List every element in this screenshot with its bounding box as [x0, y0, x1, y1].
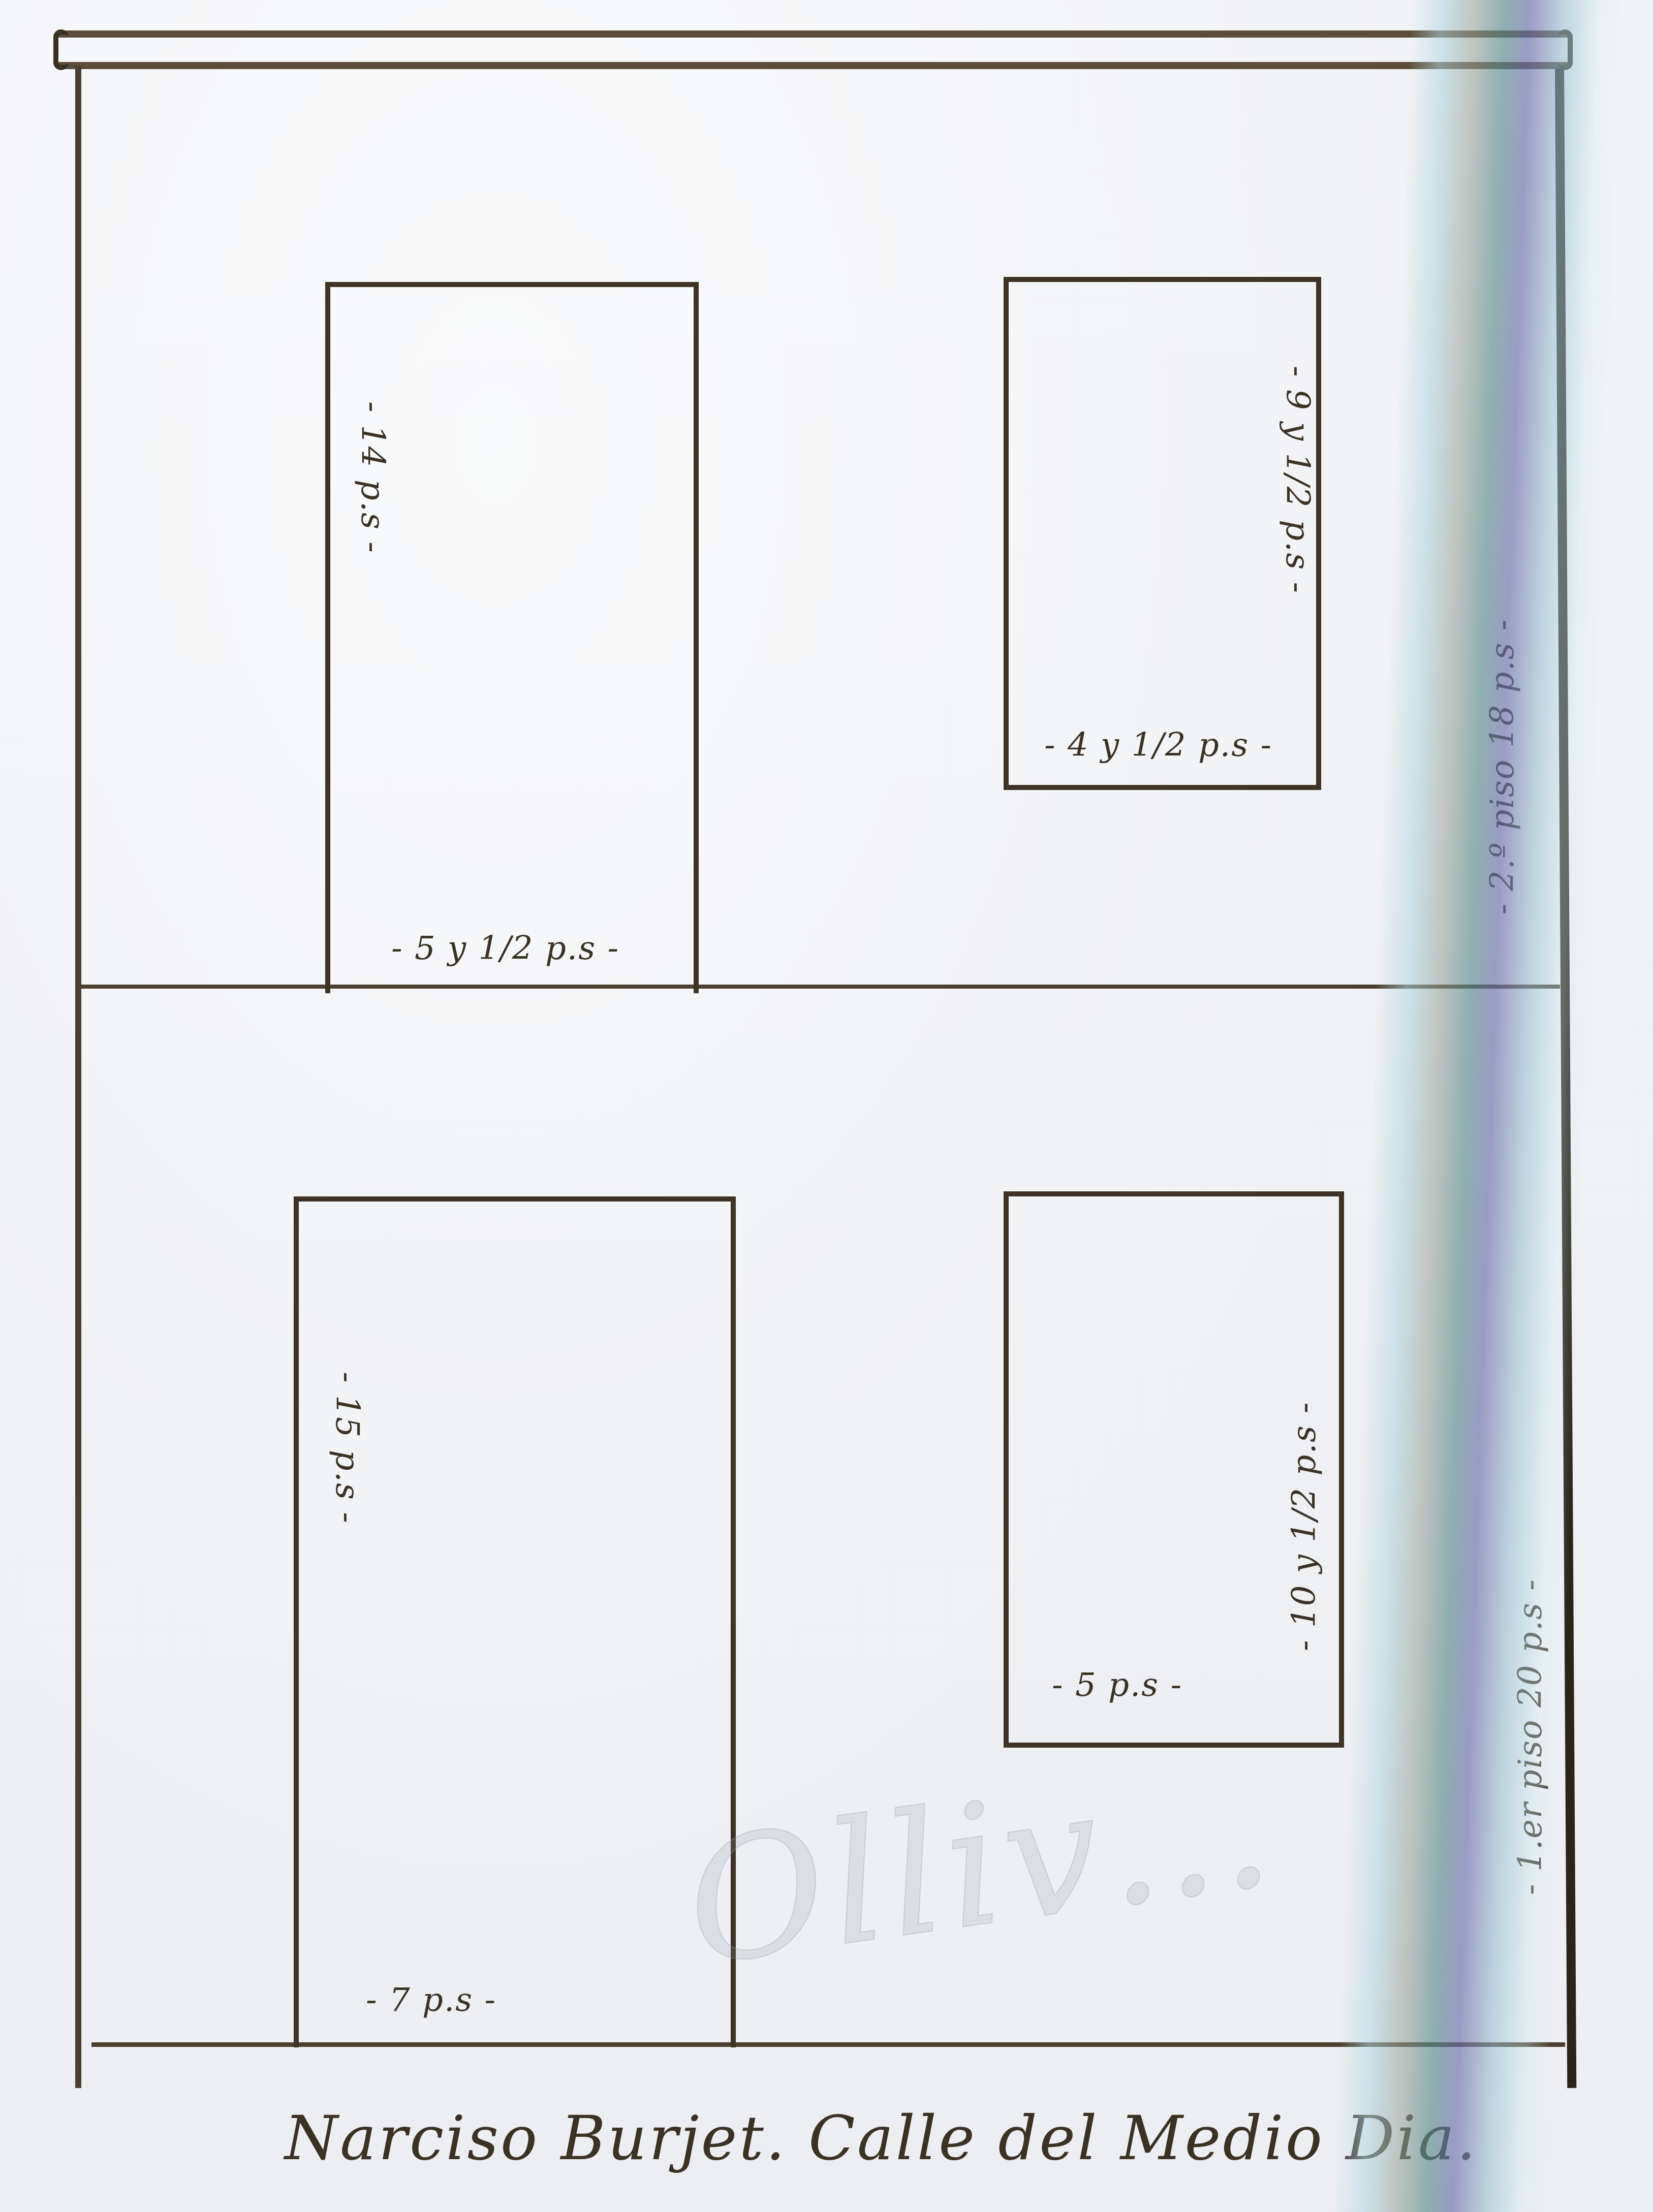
cornice-bottom-line	[56, 62, 1570, 69]
second-floor-left-window-height: - 14 p.s -	[354, 401, 391, 554]
second-floor-left-window-width: - 5 y 1/2 p.s -	[391, 930, 619, 967]
second-floor-right-window-height: - 9 y 1/2 p.s -	[1278, 366, 1316, 594]
second-floor-height-label: - 2.º piso 18 p.s -	[1484, 618, 1521, 914]
first-floor-door	[294, 1196, 736, 2047]
floor-divider-line	[76, 985, 1560, 989]
cornice-top-line	[56, 30, 1570, 38]
first-floor-door-width: - 7 p.s -	[366, 1981, 496, 2019]
first-floor-height-label: - 1.er piso 20 p.s -	[1512, 1578, 1549, 1895]
drawing-caption: Narciso Burjet. Calle del Medio Dia.	[285, 2103, 1478, 2174]
second-floor-left-window	[325, 282, 699, 993]
first-floor-door-height: - 15 p.s -	[328, 1372, 366, 1524]
cornice-right-cap	[1557, 29, 1573, 70]
second-floor-right-window-width: - 4 y 1/2 p.s -	[1044, 726, 1272, 764]
cornice-left-cap	[53, 29, 69, 70]
first-floor-right-window-height: - 10 y 1/2 p.s -	[1286, 1401, 1323, 1651]
facade-left-wall	[75, 66, 81, 2088]
second-floor-right-window	[1004, 277, 1321, 790]
first-floor-right-window-width: - 5 p.s -	[1052, 1666, 1182, 1704]
